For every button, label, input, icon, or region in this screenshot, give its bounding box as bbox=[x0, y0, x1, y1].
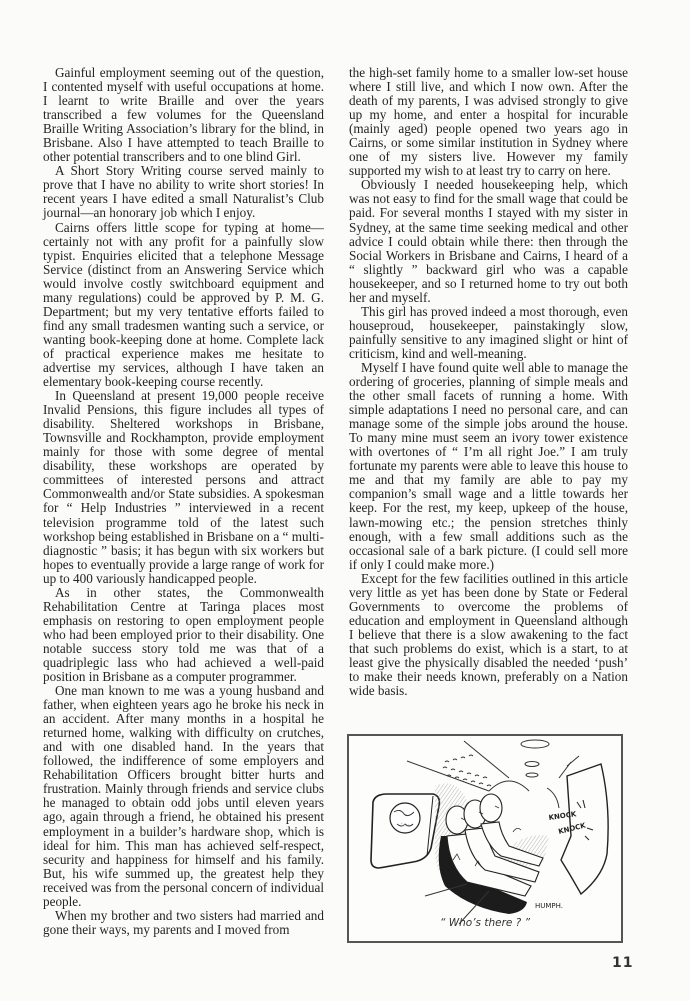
page-number: 11 bbox=[612, 955, 633, 971]
paragraph-continuation: the high-set family home to a smaller lo… bbox=[349, 66, 628, 178]
paragraph-invalid-pensions: In Queensland at present 19,000 people r… bbox=[43, 389, 324, 586]
paragraph-young-husband: One man known to me was a young husband … bbox=[43, 684, 324, 909]
cartoon-illustration: KNOCK KNOCK HUMPH. “ Who’s there ? ” bbox=[347, 734, 623, 943]
paragraph-except-facilities: Except for the few facilities outlined i… bbox=[349, 572, 628, 698]
paragraph-housekeeping-help: Obviously I needed housekeeping help, wh… bbox=[349, 178, 628, 304]
knock-text-2: KNOCK bbox=[558, 821, 587, 836]
astronaut-cartoon-drawing: KNOCK KNOCK HUMPH. bbox=[349, 736, 621, 941]
artist-signature: HUMPH. bbox=[535, 902, 563, 910]
cartoon-caption: “ Who’s there ? ” bbox=[349, 917, 621, 929]
knock-text-1: KNOCK bbox=[548, 810, 577, 822]
paragraph-short-story: A Short Story Writing course served main… bbox=[43, 164, 324, 220]
right-column: the high-set family home to a smaller lo… bbox=[349, 66, 628, 698]
left-column: Gainful employment seeming out of the qu… bbox=[43, 66, 324, 937]
paragraph-gainful-employment: Gainful employment seeming out of the qu… bbox=[43, 66, 324, 164]
paragraph-brother-sisters: When my brother and two sisters had marr… bbox=[43, 909, 324, 937]
paragraph-rehabilitation-centre: As in other states, the Commonwealth Reh… bbox=[43, 586, 324, 684]
paragraph-this-girl: This girl has proved indeed a most thoro… bbox=[349, 305, 628, 361]
paragraph-cairns-typing: Cairns offers little scope for typing at… bbox=[43, 221, 324, 390]
paragraph-myself: Myself I have found quite well able to m… bbox=[349, 361, 628, 572]
